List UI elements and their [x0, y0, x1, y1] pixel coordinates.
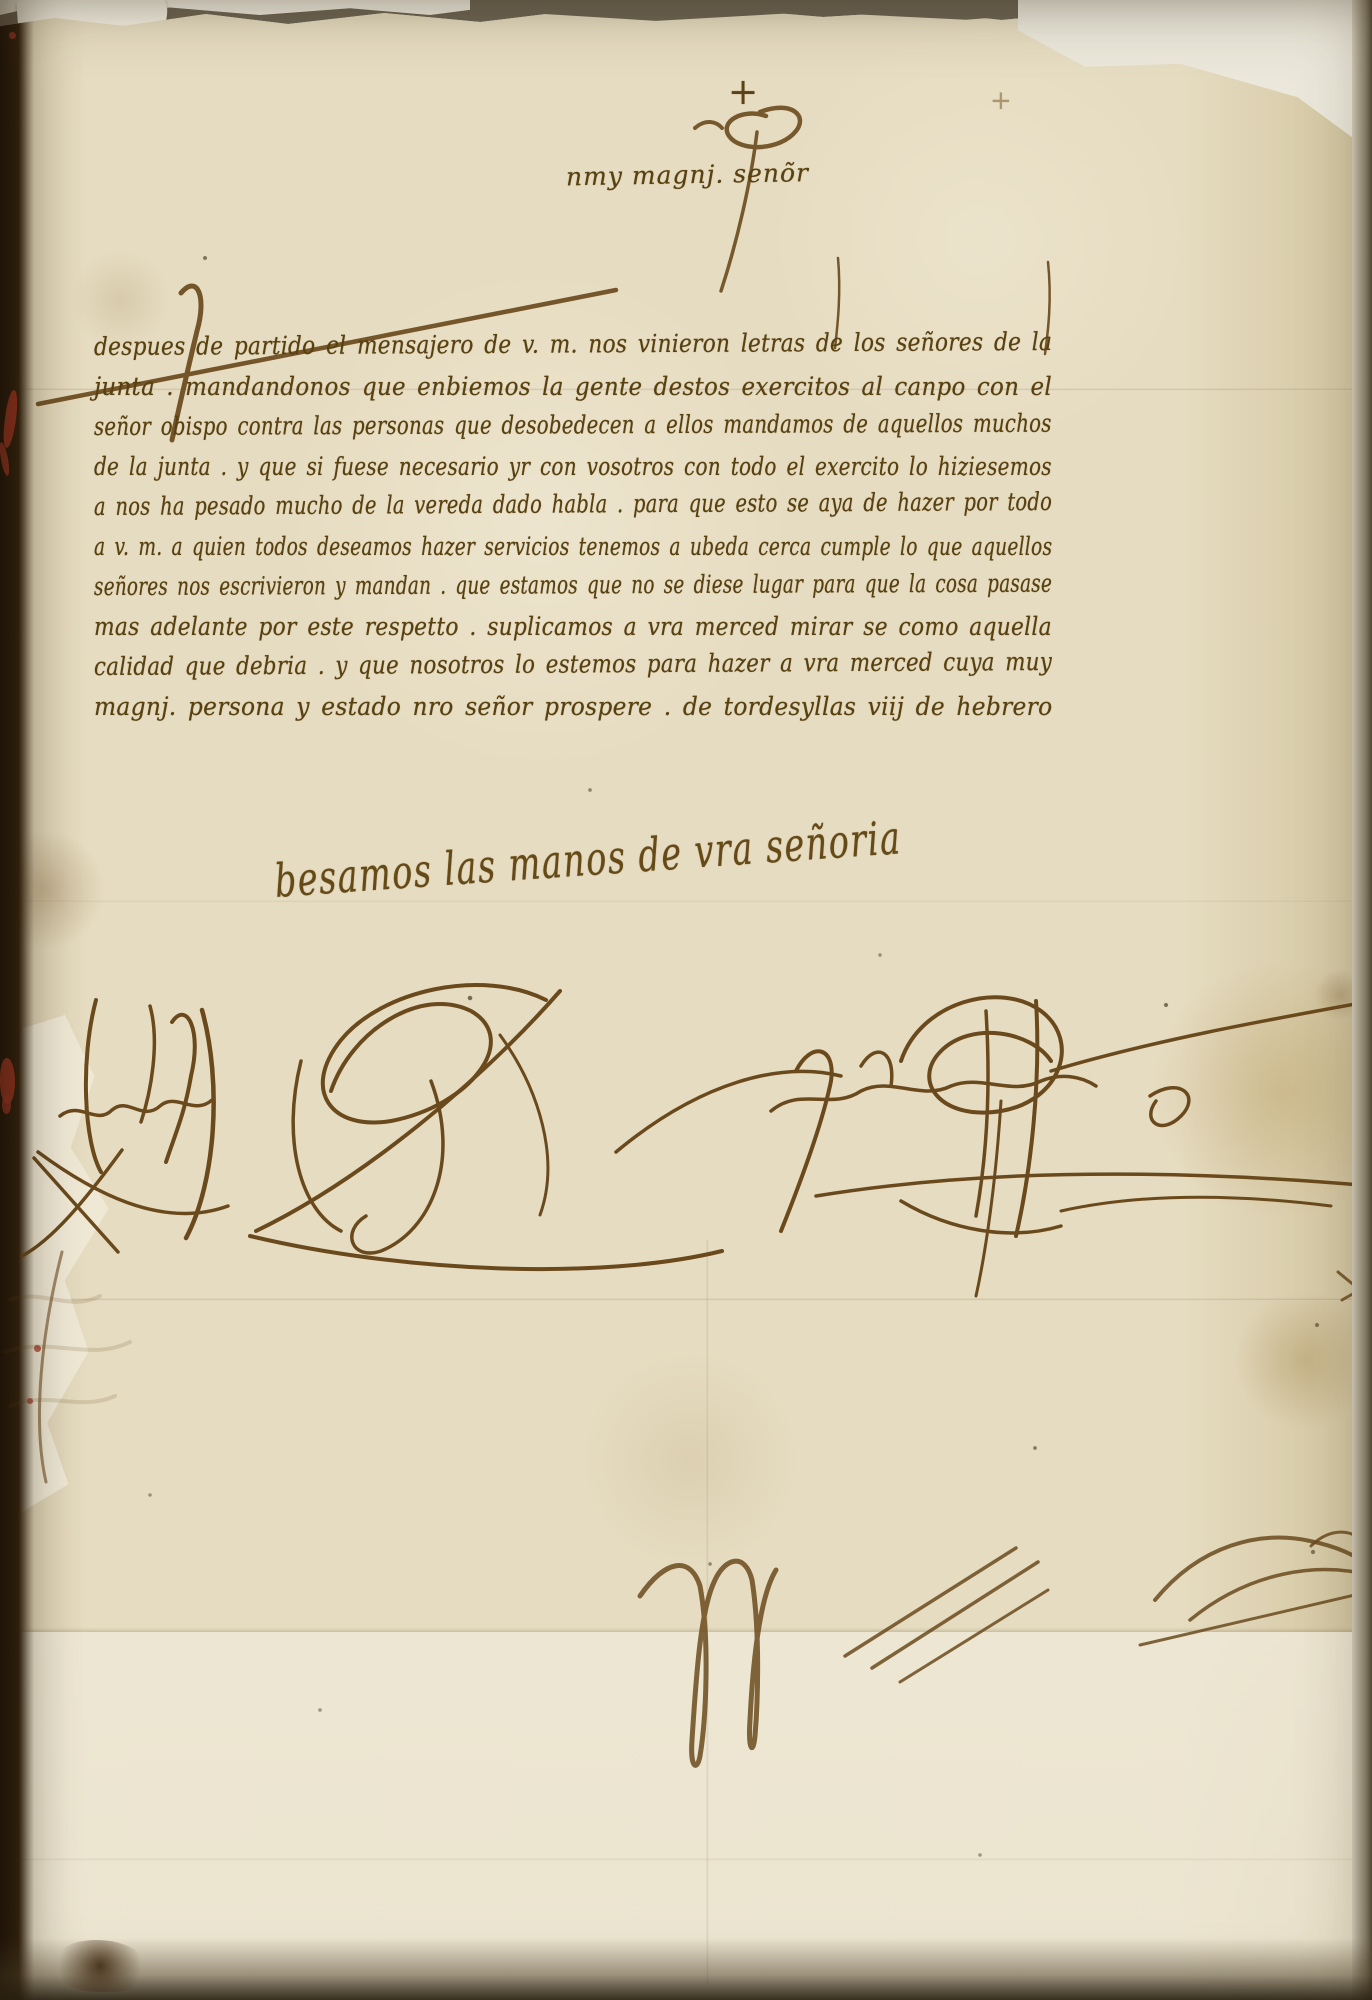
- invocation-cross: +: [728, 72, 758, 113]
- pen-trial-strokes: [640, 1272, 1372, 1765]
- signature-juan-de-padilla: [22, 1000, 228, 1482]
- heading-rubric-flourish: [695, 108, 800, 291]
- manuscript-line: mas adelante por este respetto . suplica…: [94, 612, 1052, 652]
- manuscript-sheet: + + nmy magnj. senõr despues de partido …: [0, 0, 1372, 2000]
- underlying-sheet-edge: [1352, 0, 1372, 2000]
- manuscript-line-text: mas adelante por este respetto . suplica…: [94, 612, 1052, 641]
- manuscript-line-text: despues de partido el mensajero de v. m.…: [94, 327, 1052, 361]
- manuscript-line: magnj. persona y estado nro señor prospe…: [94, 692, 1052, 732]
- manuscript-line: despues de partido el mensajero de v. m.…: [94, 332, 1052, 372]
- manuscript-line-text: junta . mandandonos que enbiemos la gent…: [94, 372, 1052, 401]
- manuscript-line: junta . mandandonos que enbiemos la gent…: [94, 372, 1052, 412]
- ink-artwork: [0, 0, 1372, 2000]
- scanned-document: + + nmy magnj. senõr despues de partido …: [0, 0, 1372, 2000]
- signature-with-paraph: [616, 1051, 1372, 1296]
- bottom-edge-shadow: [0, 1938, 1372, 2000]
- salutation-text: nmy magnj. senõr: [566, 158, 809, 191]
- manuscript-line-text: a v. m. a quien todos deseamos hazer ser…: [94, 532, 1052, 561]
- salutation-line: nmy magnj. senõr: [566, 158, 834, 192]
- manuscript-line-text: a nos ha pesado mucho de la vereda dado …: [94, 487, 1052, 521]
- secondary-cross: +: [990, 86, 1012, 116]
- manuscript-line: de la junta . y que si fuese necesario y…: [94, 452, 1052, 492]
- manuscript-line-text: calidad que debria . y que nosotros lo e…: [94, 647, 1052, 681]
- manuscript-line: a nos ha pesado mucho de la vereda dado …: [94, 492, 1052, 532]
- manuscript-line: señor obispo contra las personas que des…: [94, 412, 1052, 452]
- manuscript-line-text: de la junta . y que si fuese necesario y…: [94, 452, 1052, 481]
- manuscript-line-text: señores nos escrivieron y mandan . que e…: [94, 569, 1052, 601]
- ghost-ink-show-through: [5, 1296, 130, 1406]
- manuscript-line-text: magnj. persona y estado nro señor prospe…: [94, 692, 1052, 721]
- manuscript-line-text: señor obispo contra las personas que des…: [94, 409, 1052, 441]
- manuscript-line: señores nos escrivieron y mandan . que e…: [94, 572, 1052, 612]
- manuscript-line: calidad que debria . y que nosotros lo e…: [94, 652, 1052, 692]
- manuscript-line: a v. m. a quien todos deseamos hazer ser…: [94, 532, 1052, 572]
